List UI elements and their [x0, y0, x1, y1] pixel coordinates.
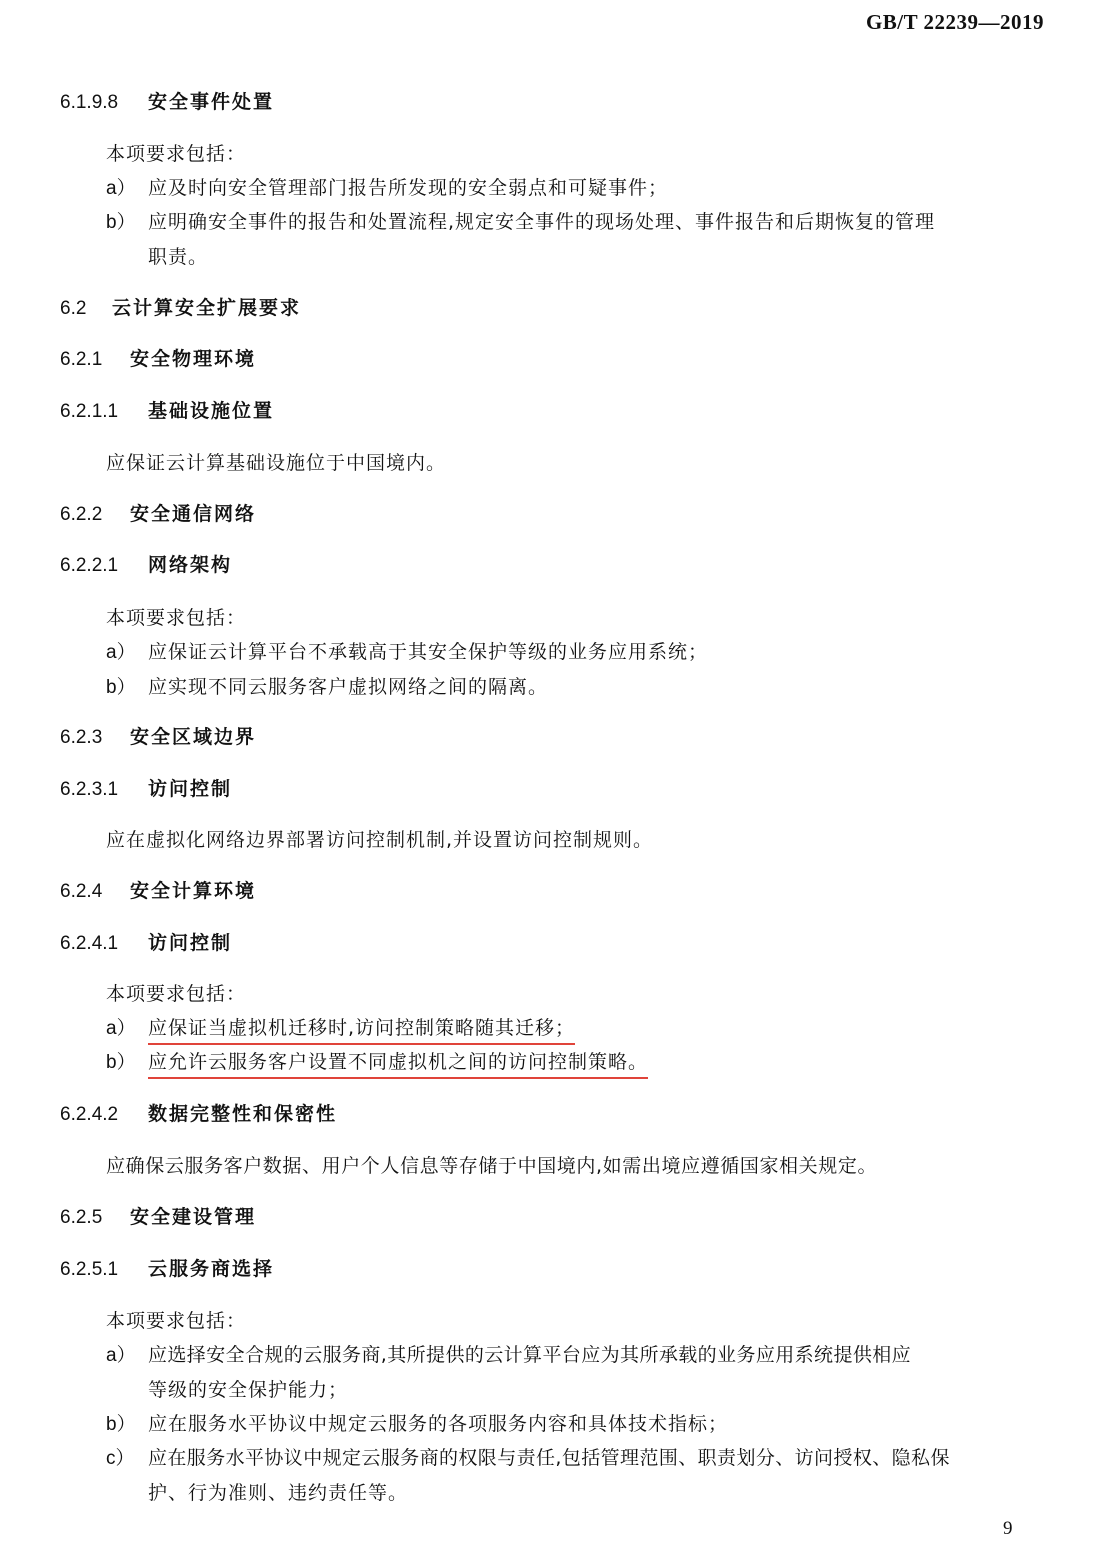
section-title: 云服务商选择: [148, 1258, 274, 1280]
section-heading-624: 6.2.4安全计算环境: [60, 879, 256, 904]
list-marker: b）: [106, 676, 148, 700]
list-text: 应保证云计算平台不承载高于其安全保护等级的业务应用系统；: [148, 641, 708, 663]
section-title: 安全区域边界: [130, 726, 256, 748]
list-item: b）应实现不同云服务客户虚拟网络之间的隔离。: [106, 675, 548, 700]
list-text: 应在服务水平协议中规定云服务的各项服务内容和具体技术指标；: [148, 1413, 728, 1435]
list-marker: a）: [106, 177, 148, 201]
section-number: 6.2.4.2: [60, 1103, 148, 1127]
list-continuation: 护、行为准则、违约责任等。: [148, 1481, 408, 1505]
section-heading-622: 6.2.2安全通信网络: [60, 502, 256, 527]
section-heading-6251: 6.2.5.1云服务商选择: [60, 1257, 274, 1282]
section-number: 6.2.2.1: [60, 554, 148, 578]
list-text: 应在服务水平协议中规定云服务商的权限与责任,包括管理范围、职责划分、访问授权、隐…: [148, 1447, 950, 1469]
list-marker: b）: [106, 1413, 148, 1437]
section-title: 访问控制: [148, 778, 232, 800]
section-title: 安全计算环境: [130, 880, 256, 902]
section-number: 6.1.9.8: [60, 91, 148, 115]
list-marker: a）: [106, 1017, 148, 1041]
standard-code-header: GB/T 22239—2019: [866, 10, 1044, 35]
intro-text: 本项要求包括：: [106, 1309, 246, 1333]
section-title: 云计算安全扩展要求: [112, 297, 301, 319]
list-marker: a）: [106, 1344, 148, 1368]
intro-text: 本项要求包括：: [106, 606, 246, 630]
section-heading-6241: 6.2.4.1访问控制: [60, 931, 232, 956]
section-title: 安全物理环境: [130, 348, 256, 370]
list-text: 应及时向安全管理部门报告所发现的安全弱点和可疑事件；: [148, 177, 668, 199]
list-item: a）应保证云计算平台不承载高于其安全保护等级的业务应用系统；: [106, 640, 708, 665]
section-number: 6.2.4.1: [60, 932, 148, 956]
intro-text: 本项要求包括：: [106, 982, 246, 1006]
list-continuation: 等级的安全保护能力；: [148, 1378, 348, 1402]
list-text: 应明确安全事件的报告和处置流程,规定安全事件的现场处理、事件报告和后期恢复的管理: [148, 211, 935, 233]
section-title: 安全事件处置: [148, 91, 274, 113]
section-number: 6.2.5: [60, 1206, 130, 1230]
underlined-text: 应允许云服务客户设置不同虚拟机之间的访问控制策略。: [148, 1051, 648, 1079]
section-heading-6221: 6.2.2.1网络架构: [60, 553, 232, 578]
list-item: a）应选择安全合规的云服务商,其所提供的云计算平台应为其所承载的业务应用系统提供…: [106, 1343, 911, 1368]
body-text: 应在虚拟化网络边界部署访问控制机制,并设置访问控制规则。: [106, 828, 653, 852]
section-title: 数据完整性和保密性: [148, 1103, 337, 1125]
body-text: 应确保云服务客户数据、用户个人信息等存储于中国境内,如需出境应遵循国家相关规定。: [106, 1154, 877, 1178]
list-text: 应实现不同云服务客户虚拟网络之间的隔离。: [148, 676, 548, 698]
section-heading-6231: 6.2.3.1访问控制: [60, 777, 232, 802]
list-item: a）应保证当虚拟机迁移时,访问控制策略随其迁移；: [106, 1016, 575, 1041]
list-marker: a）: [106, 641, 148, 665]
section-heading-6211: 6.2.1.1基础设施位置: [60, 399, 274, 424]
section-number: 6.2.1.1: [60, 400, 148, 424]
list-continuation: 职责。: [148, 245, 208, 269]
section-title: 安全通信网络: [130, 503, 256, 525]
list-item: b）应在服务水平协议中规定云服务的各项服务内容和具体技术指标；: [106, 1412, 728, 1437]
section-number: 6.2.4: [60, 880, 130, 904]
underlined-text: 应保证当虚拟机迁移时,访问控制策略随其迁移；: [148, 1017, 575, 1045]
section-number: 6.2.1: [60, 348, 130, 372]
section-title: 访问控制: [148, 932, 232, 954]
section-title: 基础设施位置: [148, 400, 274, 422]
section-heading-625: 6.2.5安全建设管理: [60, 1205, 256, 1230]
section-heading-6242: 6.2.4.2数据完整性和保密性: [60, 1102, 337, 1127]
list-item: a）应及时向安全管理部门报告所发现的安全弱点和可疑事件；: [106, 176, 668, 201]
section-heading-6198: 6.1.9.8安全事件处置: [60, 90, 274, 115]
list-item: b）应允许云服务客户设置不同虚拟机之间的访问控制策略。: [106, 1050, 648, 1075]
section-title: 安全建设管理: [130, 1206, 256, 1228]
section-heading-62: 6.2云计算安全扩展要求: [60, 296, 301, 321]
section-heading-623: 6.2.3安全区域边界: [60, 725, 256, 750]
list-item: b）应明确安全事件的报告和处置流程,规定安全事件的现场处理、事件报告和后期恢复的…: [106, 210, 935, 235]
list-marker: c）: [106, 1447, 148, 1471]
list-marker: b）: [106, 1051, 148, 1075]
list-item: c）应在服务水平协议中规定云服务商的权限与责任,包括管理范围、职责划分、访问授权…: [106, 1446, 950, 1471]
list-marker: b）: [106, 211, 148, 235]
section-number: 6.2.5.1: [60, 1258, 148, 1282]
list-text: 应选择安全合规的云服务商,其所提供的云计算平台应为其所承载的业务应用系统提供相应: [148, 1344, 911, 1366]
intro-text: 本项要求包括：: [106, 142, 246, 166]
section-number: 6.2.2: [60, 503, 130, 527]
section-title: 网络架构: [148, 554, 232, 576]
section-number: 6.2.3: [60, 726, 130, 750]
section-number: 6.2: [60, 297, 112, 321]
body-text: 应保证云计算基础设施位于中国境内。: [106, 451, 446, 475]
section-heading-621: 6.2.1安全物理环境: [60, 347, 256, 372]
page-number: 9: [1003, 1518, 1013, 1540]
section-number: 6.2.3.1: [60, 778, 148, 802]
